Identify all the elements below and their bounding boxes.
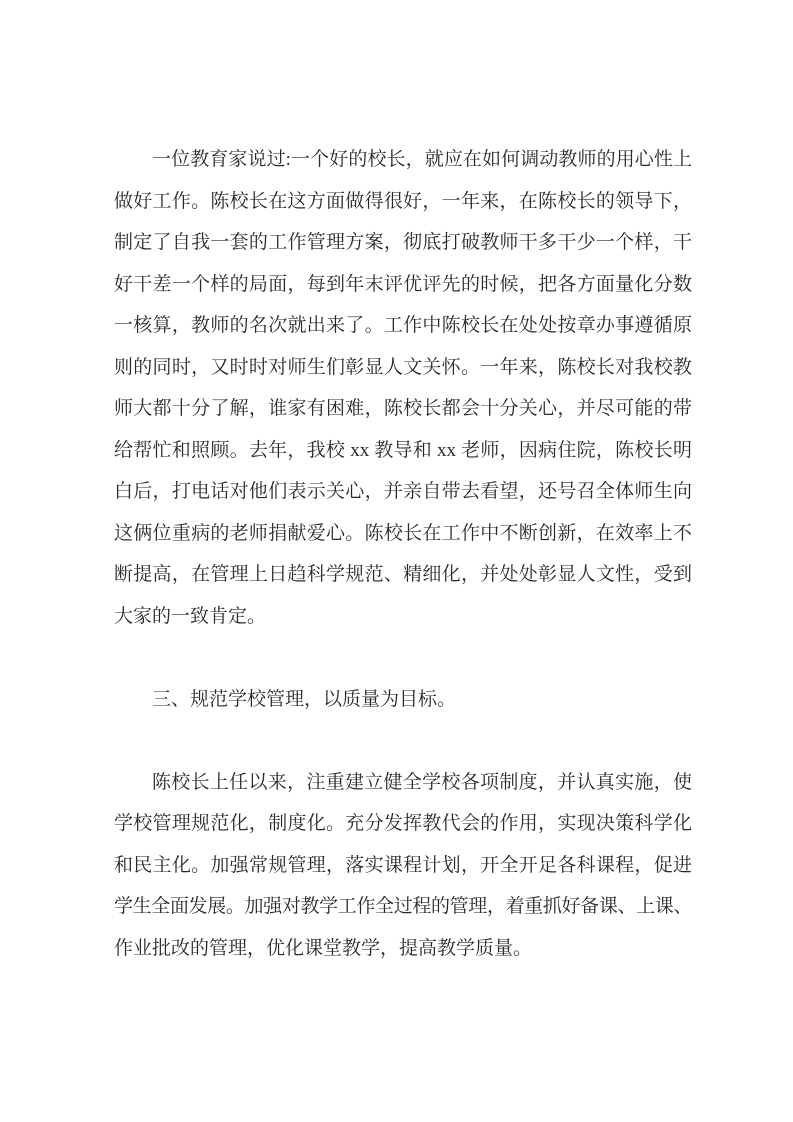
section-heading: 三、规范学校管理，以质量为目标。 <box>114 679 692 721</box>
text-line: 白后，打电话对他们表示关心，并亲自带去看望，还号召全体师生向 <box>114 471 692 513</box>
text-line: 则的同时，又时时对师生们彰显人文关怀。一年来，陈校长对我校教 <box>114 347 692 389</box>
text-line: 大家的一致肯定。 <box>114 596 692 638</box>
text-line: 做好工作。陈校长在这方面做得很好，一年来，在陈校长的领导下， <box>114 181 692 223</box>
text-line: 师大都十分了解，谁家有困难，陈校长都会十分关心，并尽可能的带 <box>114 388 692 430</box>
paragraph-2: 陈校长上任以来，注重建立健全学校各项制度，并认真实施，使学校管理规范化，制度化。… <box>114 762 692 970</box>
text-line: 制定了自我一套的工作管理方案，彻底打破教师干多干少一个样，干 <box>114 222 692 264</box>
text-line: 给帮忙和照顾。去年，我校 xx 教导和 xx 老师，因病住院，陈校长明 <box>114 430 692 472</box>
text-line: 这俩位重病的老师捐献爱心。陈校长在工作中不断创新，在效率上不 <box>114 513 692 555</box>
paragraph-1: 一位教育家说过:一个好的校长，就应在如何调动教师的用心性上做好工作。陈校长在这方… <box>114 139 692 637</box>
text-line: 和民主化。加强常规管理，落实课程计划，开全开足各科课程，促进 <box>114 845 692 887</box>
text-line: 一位教育家说过:一个好的校长，就应在如何调动教师的用心性上 <box>114 139 692 181</box>
text-line: 作业批改的管理，优化课堂教学，提高教学质量。 <box>114 928 692 970</box>
text-line: 好干差一个样的局面，每到年末评优评先的时候，把各方面量化分数 <box>114 264 692 306</box>
text-line: 学校管理规范化，制度化。充分发挥教代会的作用，实现决策科学化 <box>114 803 692 845</box>
document-content: 一位教育家说过:一个好的校长，就应在如何调动教师的用心性上做好工作。陈校长在这方… <box>114 139 692 1011</box>
text-line: 断提高，在管理上日趋科学规范、精细化，并处处彰显人文性，受到 <box>114 554 692 596</box>
text-line: 陈校长上任以来，注重建立健全学校各项制度，并认真实施，使 <box>114 762 692 804</box>
document-page: 一位教育家说过:一个好的校长，就应在如何调动教师的用心性上做好工作。陈校长在这方… <box>0 0 793 1122</box>
text-line: 一核算，教师的名次就出来了。工作中陈校长在处处按章办事遵循原 <box>114 305 692 347</box>
text-line: 三、规范学校管理，以质量为目标。 <box>114 679 692 721</box>
text-line: 学生全面发展。加强对教学工作全过程的管理，着重抓好备课、上课、 <box>114 886 692 928</box>
